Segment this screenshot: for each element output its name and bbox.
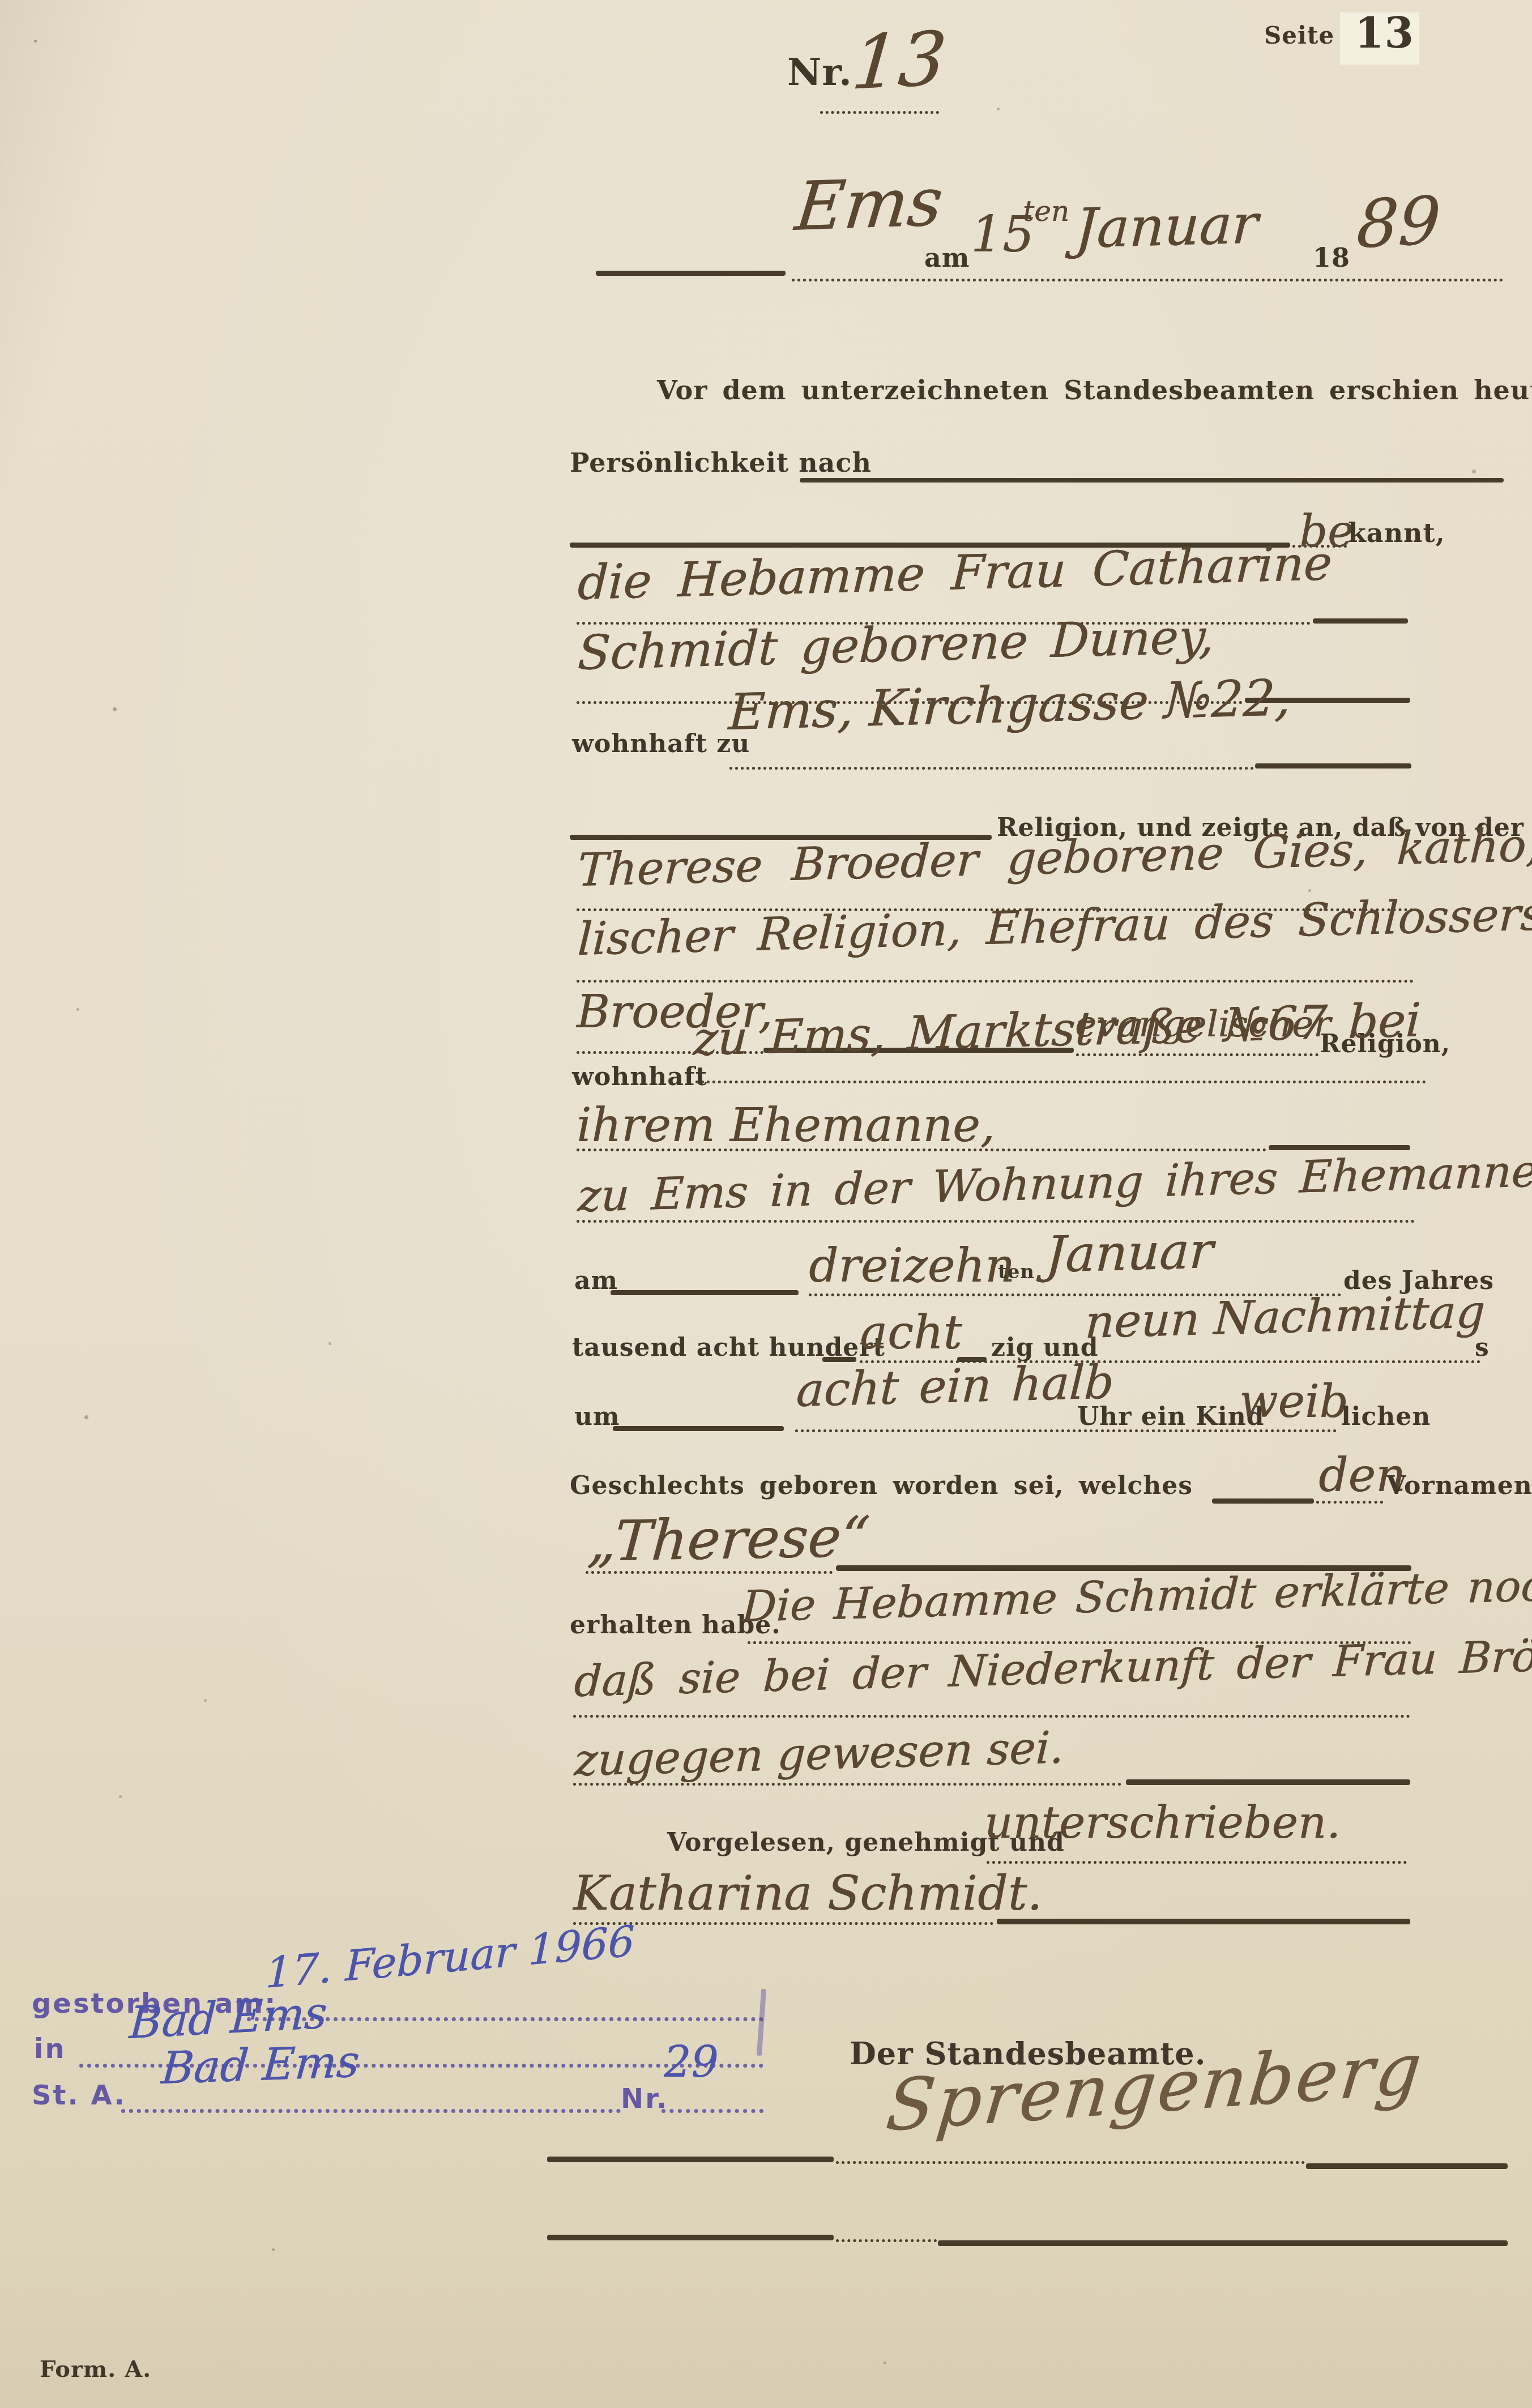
ruled-line (1313, 618, 1408, 624)
birth-day-suffix-printed: ten (998, 1261, 1035, 1283)
declarant-signature: Katharina Schmidt. (573, 1865, 1042, 1921)
ruled-line (547, 2235, 834, 2240)
ruled-line (573, 1922, 993, 1925)
stamp-ink-smudge (757, 1989, 766, 2056)
vornamen-printed: Vornamen (1386, 1471, 1532, 1500)
residence1-written: Ems, Kirchgasse №22, (727, 668, 1292, 741)
ruled-line (573, 1783, 1121, 1786)
ruled-line (938, 2240, 1508, 2246)
stamp-sta-label: St. A. (32, 2080, 126, 2111)
ruled-line (573, 1715, 1410, 1718)
year-written: 89 (1355, 182, 1443, 263)
ruled-line (997, 1919, 1410, 1924)
page-number: 13 (1355, 9, 1414, 58)
ruled-line (611, 1290, 799, 1295)
closing-note3: zugegen gewesen sei. (573, 1722, 1065, 1786)
day-suffix-written: ten (1023, 195, 1069, 228)
form-label: Form. A. (40, 2356, 151, 2383)
year-printed3: s (1475, 1333, 1490, 1362)
ruled-line (795, 1429, 1337, 1432)
stamp-nr-value-written: 29 (664, 2036, 719, 2087)
ruled-line (1255, 763, 1411, 768)
stamp-place2-written: Bad Ems (160, 2036, 361, 2094)
ruled-line (987, 1861, 1407, 1864)
intro-line2: Persönlichkeit nach (570, 447, 872, 478)
ruled-line (586, 1571, 833, 1574)
time-written: acht ein halb (795, 1355, 1115, 1418)
sex-printed: lichen (1341, 1402, 1431, 1431)
place-written: Ems (792, 162, 946, 246)
stamp-death-date-written: 17. Februar 1966 (265, 1917, 635, 1998)
sex-written: weib (1239, 1375, 1348, 1428)
child-name-written: „Therese“ (586, 1505, 872, 1574)
birthplace-written: zu Ems in der Wohnung ihres Ehemannes, (577, 1145, 1532, 1222)
ruled-line (729, 767, 1254, 770)
birth-month-written: Januar (1044, 1221, 1214, 1284)
residence2-printed: wohnhaft (572, 1062, 707, 1091)
mother-line2: lischer Religion, Ehefrau des Schlossers… (577, 885, 1532, 966)
ruled-line (1316, 1501, 1383, 1504)
ruled-line (577, 980, 1414, 983)
ruled-line (792, 279, 1503, 281)
geschlecht-printed: Geschlechts geboren worden sei, welches (570, 1471, 1193, 1500)
unterschrieben-written: unterschrieben. (984, 1798, 1341, 1848)
ruled-line (836, 2239, 937, 2242)
ruled-line (577, 1149, 1266, 1151)
record-number-value: 13 (848, 15, 950, 106)
ruled-line (577, 1220, 1415, 1223)
ruled-line (695, 1081, 1426, 1083)
ruled-line (822, 1357, 856, 1362)
month-written: Januar (1074, 192, 1259, 261)
ruled-line (1212, 1498, 1314, 1504)
closing-note2: daß sie bei der Niederkunft der Frau Brö… (573, 1629, 1532, 1706)
paper-specks (34, 40, 37, 42)
ruled-line (800, 478, 1504, 483)
ruled-line (820, 111, 939, 114)
residence2-line2: ihrem Ehemanne, (577, 1099, 995, 1152)
stamp-ruled-line (121, 2109, 621, 2113)
ruled-line (613, 1426, 784, 1431)
stamp-ruled-line (662, 2109, 763, 2113)
document-page: Seite 13 Nr. 13 Ems am 15 ten Januar 18 … (0, 0, 1532, 2408)
year-written2: neun Nachmittag (1084, 1285, 1486, 1348)
residence1-printed: wohnhaft zu (572, 729, 750, 758)
intro-line1: Vor dem unterzeichneten Standesbeamten e… (657, 375, 1532, 405)
ruled-line (596, 271, 786, 276)
seite-label: Seite (1264, 22, 1334, 49)
declarant-line2: Schmidt geborene Duney, (577, 608, 1215, 681)
ruled-line (1126, 1779, 1410, 1785)
record-number-label: Nr. (787, 50, 852, 94)
bekannt-printed: kannt, (1348, 518, 1445, 548)
time-printed: Uhr ein Kind (1077, 1402, 1265, 1431)
ruled-line (547, 2157, 834, 2162)
ruled-line (836, 2161, 1305, 2164)
am-printed: am (924, 242, 970, 273)
ruled-line (1306, 2163, 1508, 2169)
birth-day-written: dreizehn (809, 1239, 1015, 1293)
year-printed: 18 (1313, 242, 1350, 273)
stamp-in-label: in (34, 2033, 66, 2065)
year-written1: acht (860, 1306, 962, 1360)
